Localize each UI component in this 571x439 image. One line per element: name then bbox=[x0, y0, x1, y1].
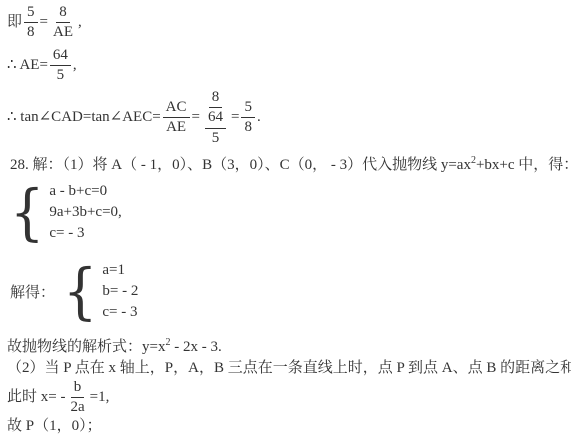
equation-line-ratio: 即 5 8 = 8 AE , bbox=[7, 4, 571, 42]
fraction-numerator: AC bbox=[163, 99, 190, 118]
text-segment: 故抛物线的解析式：y=x bbox=[7, 339, 165, 355]
equals-sign: = bbox=[40, 12, 48, 33]
equation-line-tan: ∴ tan∠CAD=tan∠AEC= AC AE = 8 64 5 = 5 8 … bbox=[7, 89, 571, 147]
system-rows: a=1 b= - 2 c= - 3 bbox=[102, 260, 138, 323]
fraction-numerator: 64 bbox=[205, 109, 226, 128]
text-segment: ∴ AE= bbox=[7, 55, 48, 76]
parabola-formula-line: 故抛物线的解析式：y=x2 - 2x - 3. bbox=[7, 337, 571, 358]
fraction-numerator: 64 bbox=[50, 47, 71, 66]
text-segment: （2）当 P 点在 x 轴上，P，A，B 三点在一条直线上时，点 P 到点 A、… bbox=[7, 360, 571, 376]
part-2-statement: （2）当 P 点在 x 轴上，P，A，B 三点在一条直线上时，点 P 到点 A、… bbox=[7, 358, 571, 379]
text-segment: 28. 解：（1）将 A（ - 1，0）、B（3，0）、C（0， - 3）代入抛… bbox=[10, 157, 471, 173]
fraction-AC-AE: AC AE bbox=[163, 99, 190, 137]
punctuation: . bbox=[257, 107, 261, 128]
system-equation: c= - 3 bbox=[102, 302, 138, 323]
fraction-denominator: 5 bbox=[209, 129, 223, 147]
fraction-denominator: 8 bbox=[24, 23, 38, 41]
solve-result-label: 解得： bbox=[10, 281, 55, 302]
text-segment: =1, bbox=[90, 387, 110, 408]
fraction-64-5-inner: 64 5 bbox=[205, 109, 226, 147]
equation-line-AE: ∴ AE= 64 5 , bbox=[7, 47, 571, 85]
fraction-5-8: 5 8 bbox=[24, 4, 38, 42]
text-segment: +bx+c 中，得： bbox=[476, 157, 571, 173]
text-segment: ∴ tan∠CAD=tan∠AEC= bbox=[7, 107, 161, 128]
fraction-denominator: 64 5 bbox=[202, 108, 229, 147]
system-equation: a - b+c=0 bbox=[49, 181, 121, 202]
nested-fraction: 8 64 5 bbox=[202, 89, 229, 147]
point-p-result-line: 故 P（1，0）； bbox=[7, 416, 571, 437]
system-equation: a=1 bbox=[102, 260, 138, 281]
text-segment: 此时 x= - bbox=[7, 387, 65, 408]
left-brace: { bbox=[10, 177, 44, 248]
system-equation: b= - 2 bbox=[102, 281, 138, 302]
fraction-numerator: 8 bbox=[56, 4, 70, 23]
punctuation: , bbox=[73, 55, 77, 76]
fraction-denominator: AE bbox=[50, 23, 76, 41]
fraction-denominator: 8 bbox=[241, 118, 255, 136]
fraction-denominator: AE bbox=[163, 118, 189, 136]
fraction-64-5: 64 5 bbox=[50, 47, 71, 85]
left-brace: { bbox=[63, 256, 97, 327]
fraction-5-8-result: 5 8 bbox=[241, 99, 255, 137]
system-equation: c= - 3 bbox=[49, 223, 121, 244]
text-segment: 即 bbox=[7, 12, 22, 33]
text-segment: - 2x - 3. bbox=[170, 339, 221, 355]
fraction-numerator: b bbox=[71, 379, 85, 398]
punctuation: , bbox=[78, 12, 82, 33]
problem-28-statement: 28. 解：（1）将 A（ - 1，0）、B（3，0）、C（0， - 3）代入抛… bbox=[7, 155, 571, 176]
fraction-8-AE: 8 AE bbox=[50, 4, 76, 42]
fraction-numerator: 5 bbox=[241, 99, 255, 118]
fraction-denominator: 5 bbox=[54, 66, 68, 84]
fraction-b-2a: b 2a bbox=[67, 379, 87, 417]
text-segment: 故 P（1，0）； bbox=[7, 418, 102, 434]
fraction-denominator: 2a bbox=[67, 398, 87, 416]
fraction-numerator: 8 bbox=[209, 89, 223, 108]
fraction-numerator: 5 bbox=[24, 4, 38, 23]
system-rows: a - b+c=0 9a+3b+c=0, c= - 3 bbox=[49, 181, 121, 244]
document-page: 即 5 8 = 8 AE , ∴ AE= 64 5 , ∴ tan∠CAD=ta… bbox=[0, 0, 571, 439]
system-equation: 9a+3b+c=0, bbox=[49, 202, 121, 223]
equals-sign: = bbox=[231, 107, 239, 128]
equals-sign: = bbox=[192, 107, 200, 128]
equation-system-1: { a - b+c=0 9a+3b+c=0, c= - 3 bbox=[7, 181, 571, 244]
vertex-x-line: 此时 x= - b 2a =1, bbox=[7, 379, 571, 417]
equation-system-2: 解得： { a=1 b= - 2 c= - 3 bbox=[7, 260, 571, 323]
